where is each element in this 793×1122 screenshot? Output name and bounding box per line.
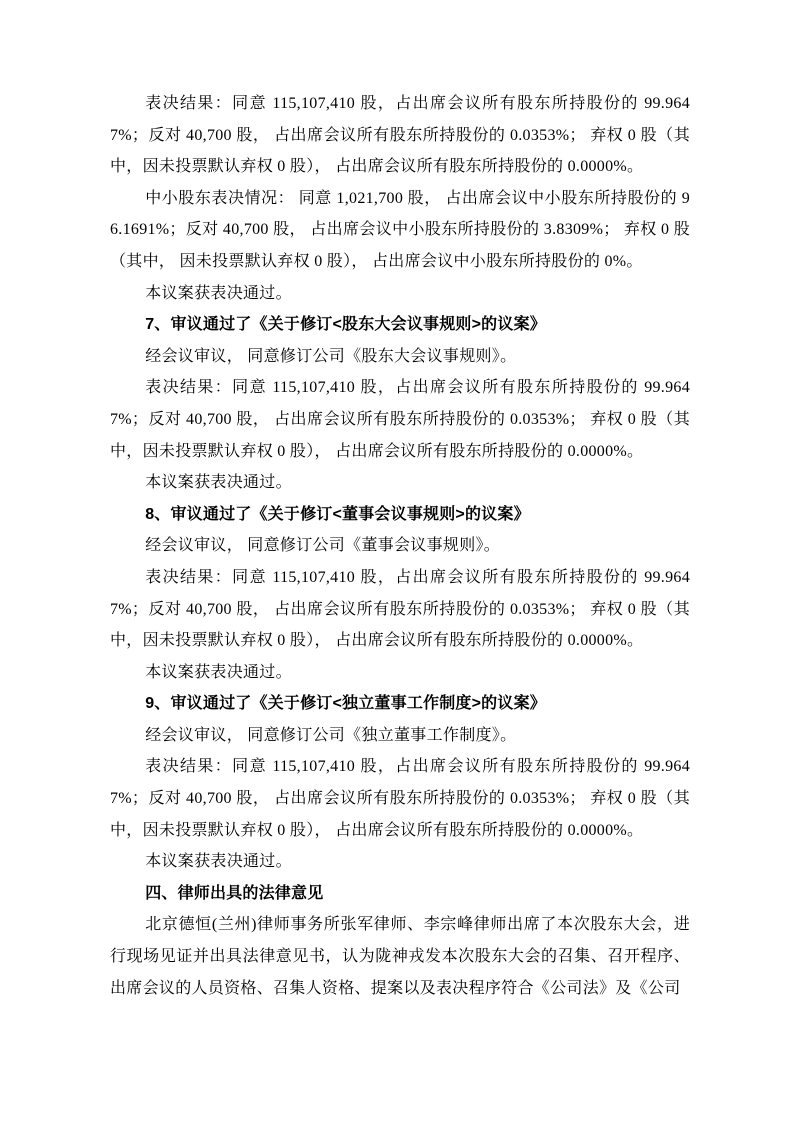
proposal-7-review: 经会议审议， 同意修订公司《股东大会议事规则》。 bbox=[110, 341, 690, 373]
document-page: 表决结果：同意 115,107,410 股，占出席会议所有股东所持股份的 99.… bbox=[0, 0, 793, 1122]
proposal-7-passed: 本议案获表决通过。 bbox=[110, 467, 690, 499]
vote-result-proposal-7: 表决结果：同意 115,107,410 股，占出席会议所有股东所持股份的 99.… bbox=[110, 372, 690, 467]
document-body: 表决结果：同意 115,107,410 股，占出席会议所有股东所持股份的 99.… bbox=[110, 88, 690, 1004]
legal-opinion-paragraph: 北京德恒(兰州)律师事务所张军律师、李宗峰律师出席了本次股东大会，进行现场见证并… bbox=[110, 909, 690, 1004]
proposal-8-review: 经会议审议， 同意修订公司《董事会议事规则》。 bbox=[110, 530, 690, 562]
proposal-6-passed: 本议案获表决通过。 bbox=[110, 278, 690, 310]
vote-result-proposal-6: 表决结果：同意 115,107,410 股，占出席会议所有股东所持股份的 99.… bbox=[110, 88, 690, 183]
proposal-9-passed: 本议案获表决通过。 bbox=[110, 846, 690, 878]
minority-vote-result-proposal-6: 中小股东表决情况： 同意 1,021,700 股， 占出席会议中小股东所持股份的… bbox=[110, 183, 690, 278]
vote-result-proposal-9: 表决结果：同意 115,107,410 股，占出席会议所有股东所持股份的 99.… bbox=[110, 751, 690, 846]
proposal-7-heading: 7、审议通过了《关于修订<股东大会议事规则>的议案》 bbox=[110, 309, 690, 341]
section-4-heading: 四、律师出具的法律意见 bbox=[110, 878, 690, 910]
proposal-9-heading: 9、审议通过了《关于修订<独立董事工作制度>的议案》 bbox=[110, 688, 690, 720]
proposal-9-review: 经会议审议， 同意修订公司《独立董事工作制度》。 bbox=[110, 720, 690, 752]
vote-result-proposal-8: 表决结果：同意 115,107,410 股，占出席会议所有股东所持股份的 99.… bbox=[110, 562, 690, 657]
proposal-8-passed: 本议案获表决通过。 bbox=[110, 657, 690, 689]
proposal-8-heading: 8、审议通过了《关于修订<董事会议事规则>的议案》 bbox=[110, 499, 690, 531]
